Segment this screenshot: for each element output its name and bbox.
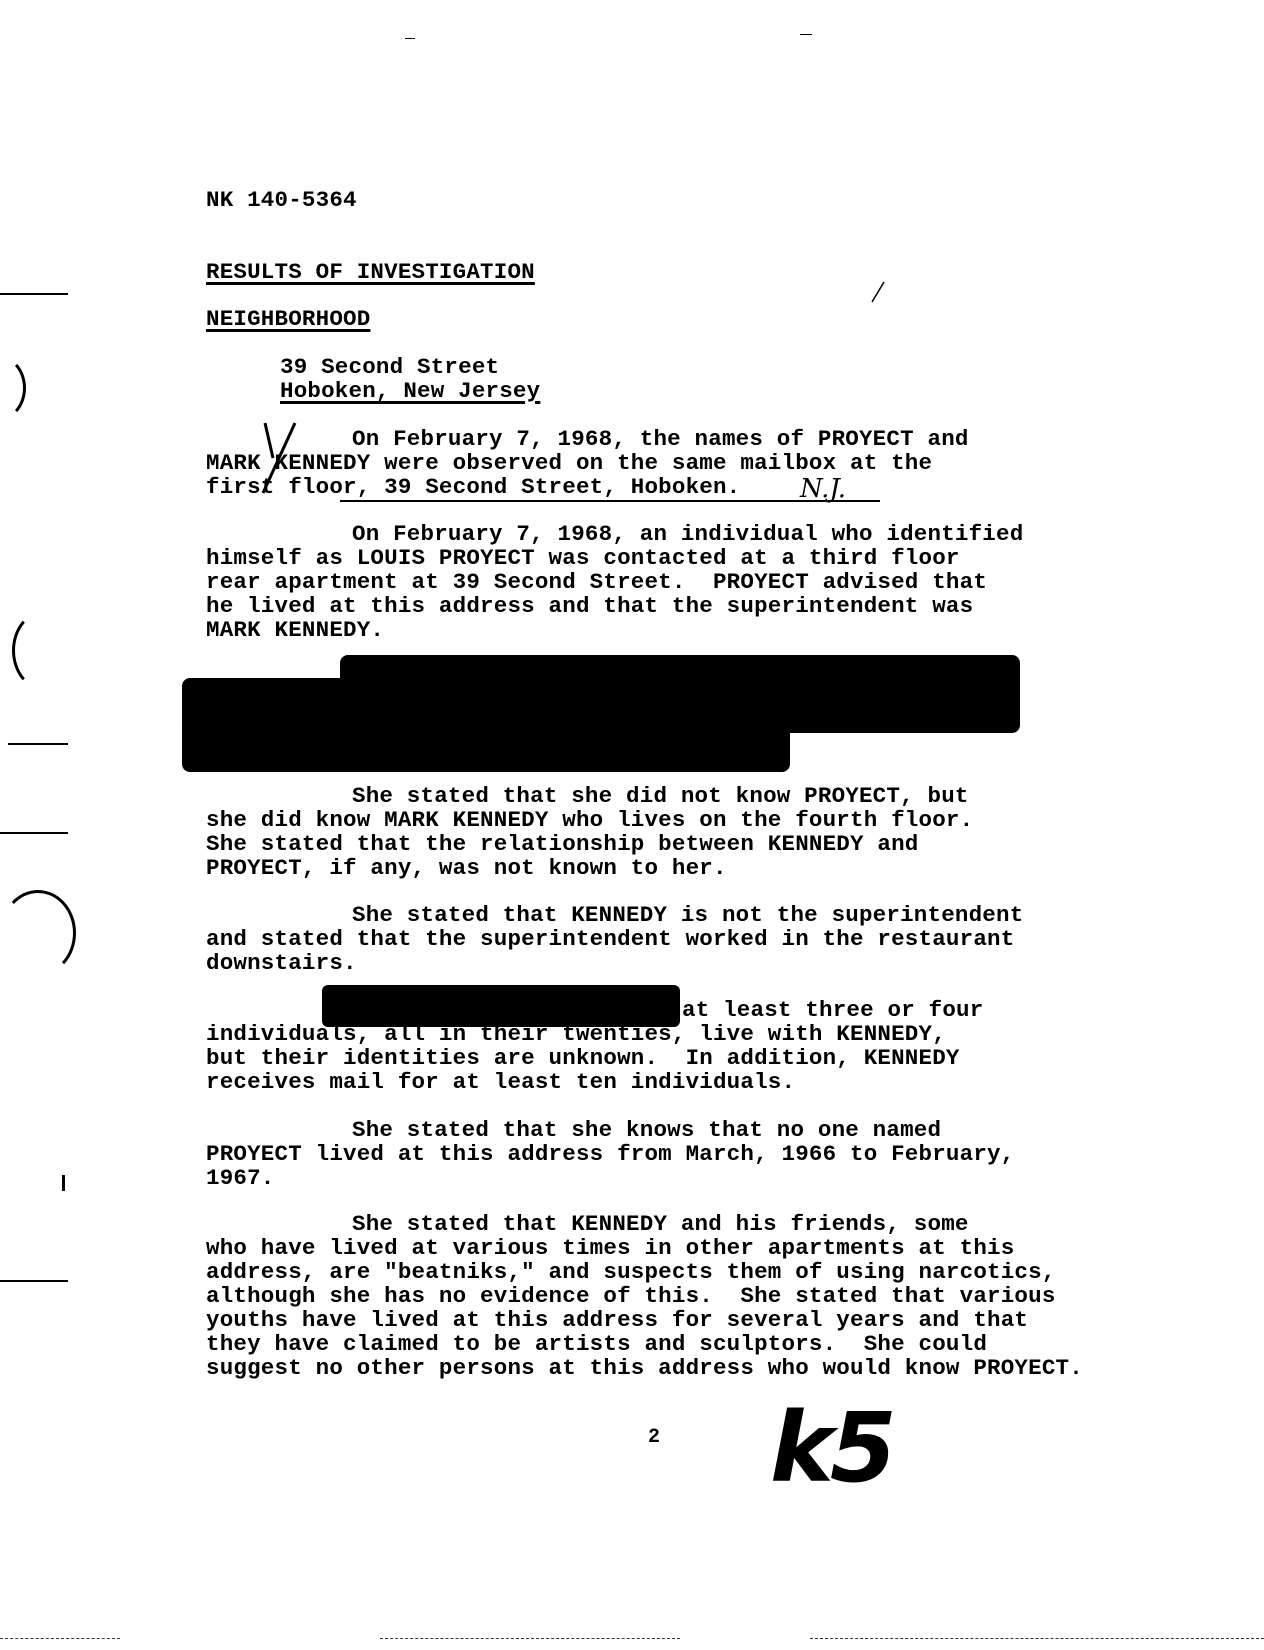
paragraph-2-line: rear apartment at 39 Second Street. PROY… [206, 570, 987, 595]
paragraph-4-line: and stated that the superintendent worke… [206, 927, 1014, 952]
margin-line [0, 1280, 68, 1282]
edge-dash [380, 1638, 680, 1639]
paragraph-7-line: although she has no evidence of this. Sh… [206, 1284, 1056, 1309]
edge-dash [810, 1638, 1264, 1639]
binder-hole-mark [12, 610, 78, 691]
paragraph-7-line: who have lived at various times in other… [206, 1236, 1014, 1261]
margin-line [0, 293, 68, 295]
paragraph-2-line: MARK KENNEDY. [206, 618, 384, 643]
paragraph-6-line: PROYECT lived at this address from March… [206, 1142, 1014, 1167]
paragraph-6-line: 1967. [206, 1166, 275, 1191]
paragraph-4-line: She stated that KENNEDY is not the super… [352, 903, 1023, 928]
paragraph-2-line: On February 7, 1968, an individual who i… [352, 522, 1023, 547]
margin-line [8, 743, 68, 745]
handwritten-stamp: k5 [770, 1400, 893, 1496]
paragraph-7-line: suggest no other persons at this address… [206, 1356, 1083, 1381]
paragraph-3-line: She stated that she did not know PROYECT… [352, 784, 969, 809]
paragraph-4-line: downstairs. [206, 951, 357, 976]
edge-dash [0, 1638, 120, 1639]
paragraph-2-line: he lived at this address and that the su… [206, 594, 973, 619]
section-heading: RESULTS OF INVESTIGATION [206, 260, 535, 285]
paragraph-7-line: She stated that KENNEDY and his friends,… [352, 1212, 969, 1237]
paragraph-5-line: individuals, all in their twenties, live… [206, 1022, 946, 1047]
paragraph-7-line: address, are "beatniks," and suspects th… [206, 1260, 1056, 1285]
paragraph-5-line: receives mail for at least ten individua… [206, 1070, 795, 1095]
redaction-block [182, 720, 790, 772]
paragraph-3-line: she did know MARK KENNEDY who lives on t… [206, 808, 973, 833]
address-line-1: 39 Second Street [280, 355, 499, 380]
margin-mark [62, 1175, 65, 1191]
handwritten-underline [340, 500, 880, 502]
handwritten-check-mark [255, 418, 315, 498]
margin-line [0, 832, 68, 834]
paragraph-7-line: they have claimed to be artists and scul… [206, 1332, 987, 1357]
stray-mark [800, 34, 812, 35]
paragraph-2-line: himself as LOUIS PROYECT was contacted a… [206, 546, 960, 571]
paragraph-6-line: She stated that she knows that no one na… [352, 1118, 941, 1143]
paragraph-3-line: PROYECT, if any, was not known to her. [206, 856, 727, 881]
address-line-2: Hoboken, New Jersey [280, 379, 540, 404]
binder-hole-mark [0, 355, 26, 421]
stray-pen-mark [868, 280, 888, 304]
paragraph-3-line: She stated that the relationship between… [206, 832, 919, 857]
binder-hole-mark [0, 890, 76, 976]
page-number: 2 [648, 1426, 660, 1449]
paragraph-1-line: On February 7, 1968, the names of PROYEC… [352, 427, 969, 452]
paragraph-5-line: at least three or four [682, 998, 983, 1023]
section-subheading: NEIGHBORHOOD [206, 307, 370, 332]
stray-mark [405, 38, 415, 39]
paragraph-5-line: but their identities are unknown. In add… [206, 1046, 960, 1071]
handwritten-annotation: N.J. [800, 474, 846, 504]
file-number: NK 140-5364 [206, 188, 357, 213]
paragraph-7-line: youths have lived at this address for se… [206, 1308, 1028, 1333]
